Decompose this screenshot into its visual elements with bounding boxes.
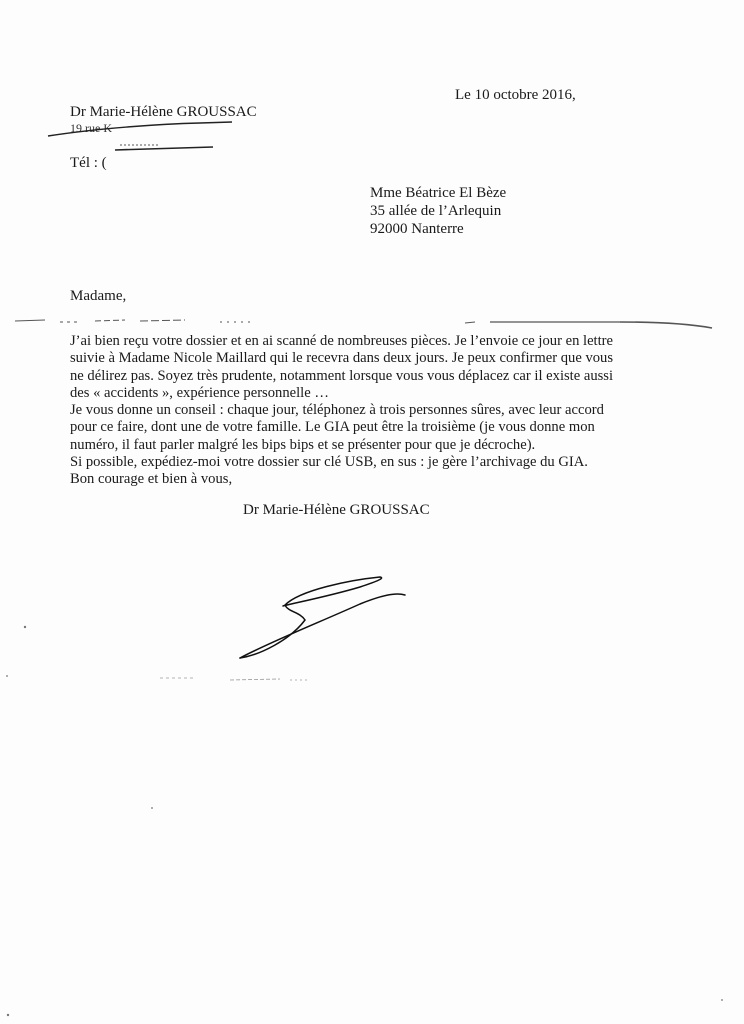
scan-specks	[6, 626, 723, 1016]
letter-page: Le 10 octobre 2016, Dr Marie-Hélène GROU…	[0, 0, 744, 1024]
signature-icon	[240, 577, 405, 658]
scan-faint-dashes	[160, 678, 310, 680]
redaction-strokes	[48, 122, 232, 150]
scan-marks	[0, 0, 744, 1024]
scan-separator-line	[15, 320, 712, 328]
